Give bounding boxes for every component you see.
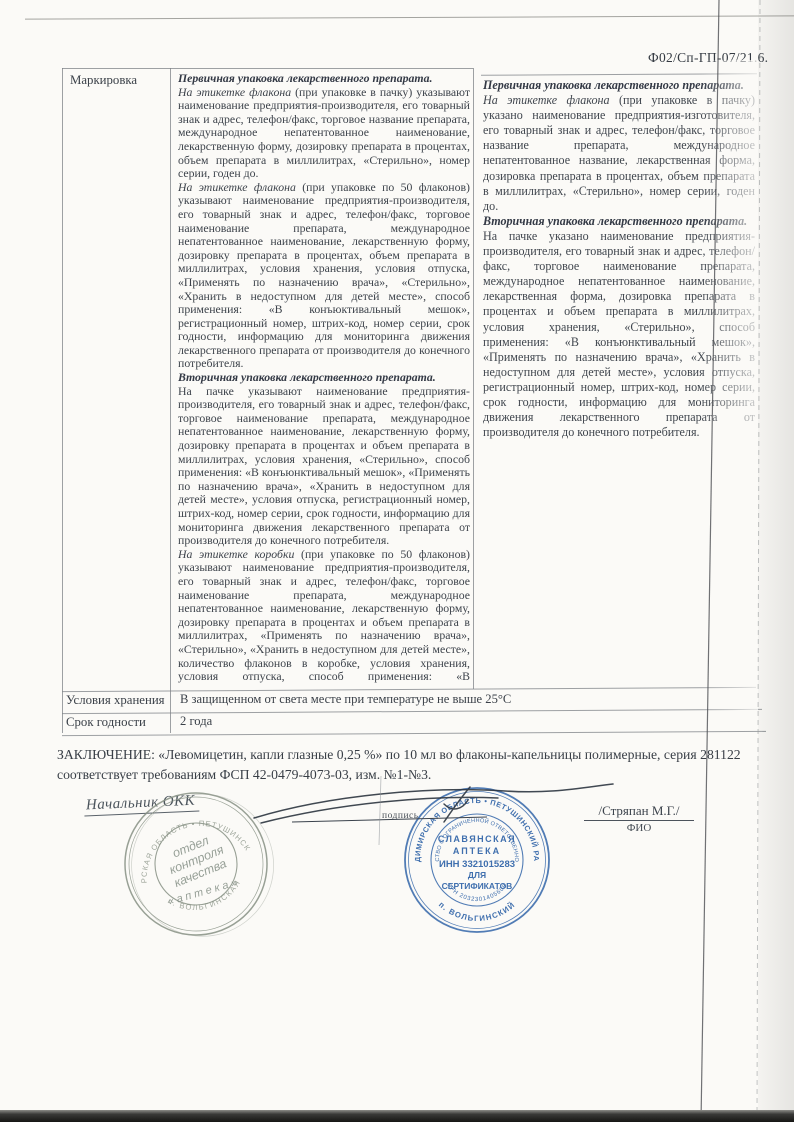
scanned-document-page: Ф02/Сп-ГП-07/21.6. Маркировка Условия хр…: [0, 0, 794, 1122]
page-edge-shading: [758, 0, 794, 1122]
scan-bottom-edge: [0, 1110, 794, 1122]
scan-fold-lines: [0, 0, 794, 1122]
